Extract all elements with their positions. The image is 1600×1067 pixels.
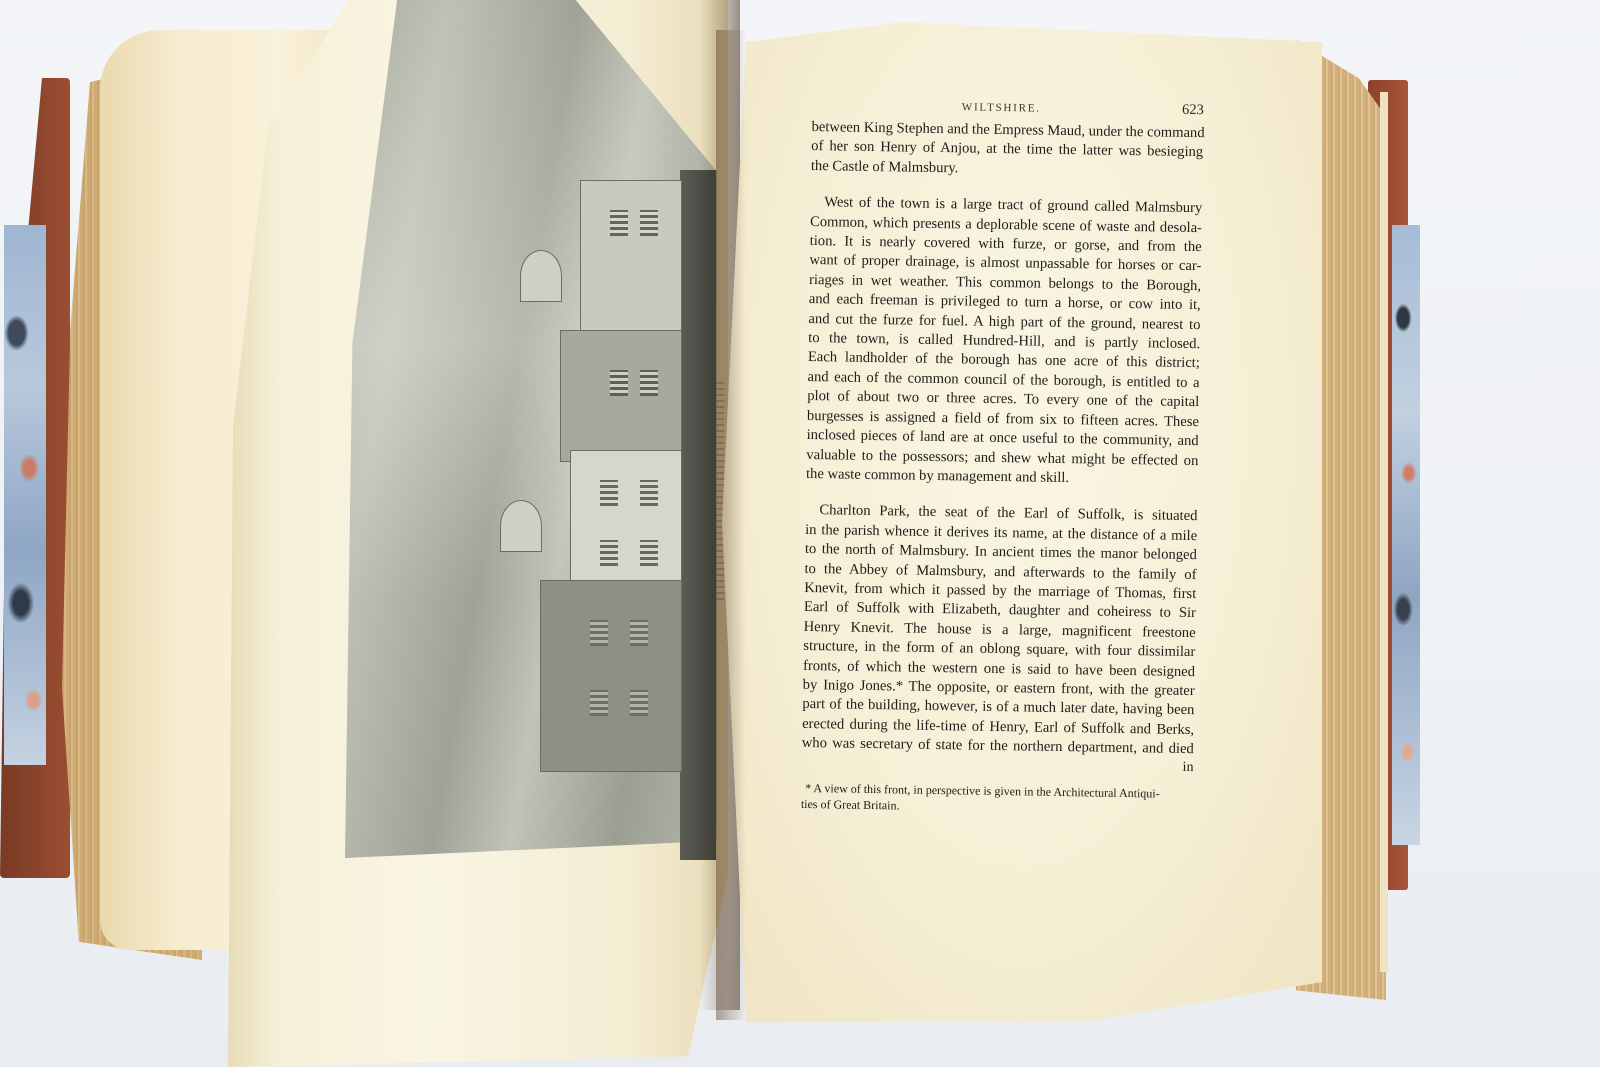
running-head: WILTSHIRE. 623 bbox=[962, 98, 1204, 120]
page-edge-highlight bbox=[1380, 92, 1388, 972]
marbled-endpaper-right bbox=[1392, 225, 1420, 845]
footnote: * A view of this front, in perspective i… bbox=[801, 780, 1193, 818]
gutter-shadow bbox=[716, 30, 746, 1020]
running-title: WILTSHIRE. bbox=[962, 101, 1041, 114]
page-number: 623 bbox=[1182, 102, 1204, 119]
marbled-endpaper-left bbox=[4, 225, 46, 765]
paragraph-charlton-park: Charlton Park, the seat of the Earl of S… bbox=[802, 501, 1198, 759]
paragraph-malmsbury-common: West of the town is a large tract of gro… bbox=[806, 193, 1203, 490]
engraving-house-illustration bbox=[500, 180, 690, 780]
right-page-text: WILTSHIRE. 623 between King Stephen and … bbox=[801, 96, 1204, 818]
paragraph-1: between King Stephen and the Empress Mau… bbox=[811, 118, 1204, 182]
